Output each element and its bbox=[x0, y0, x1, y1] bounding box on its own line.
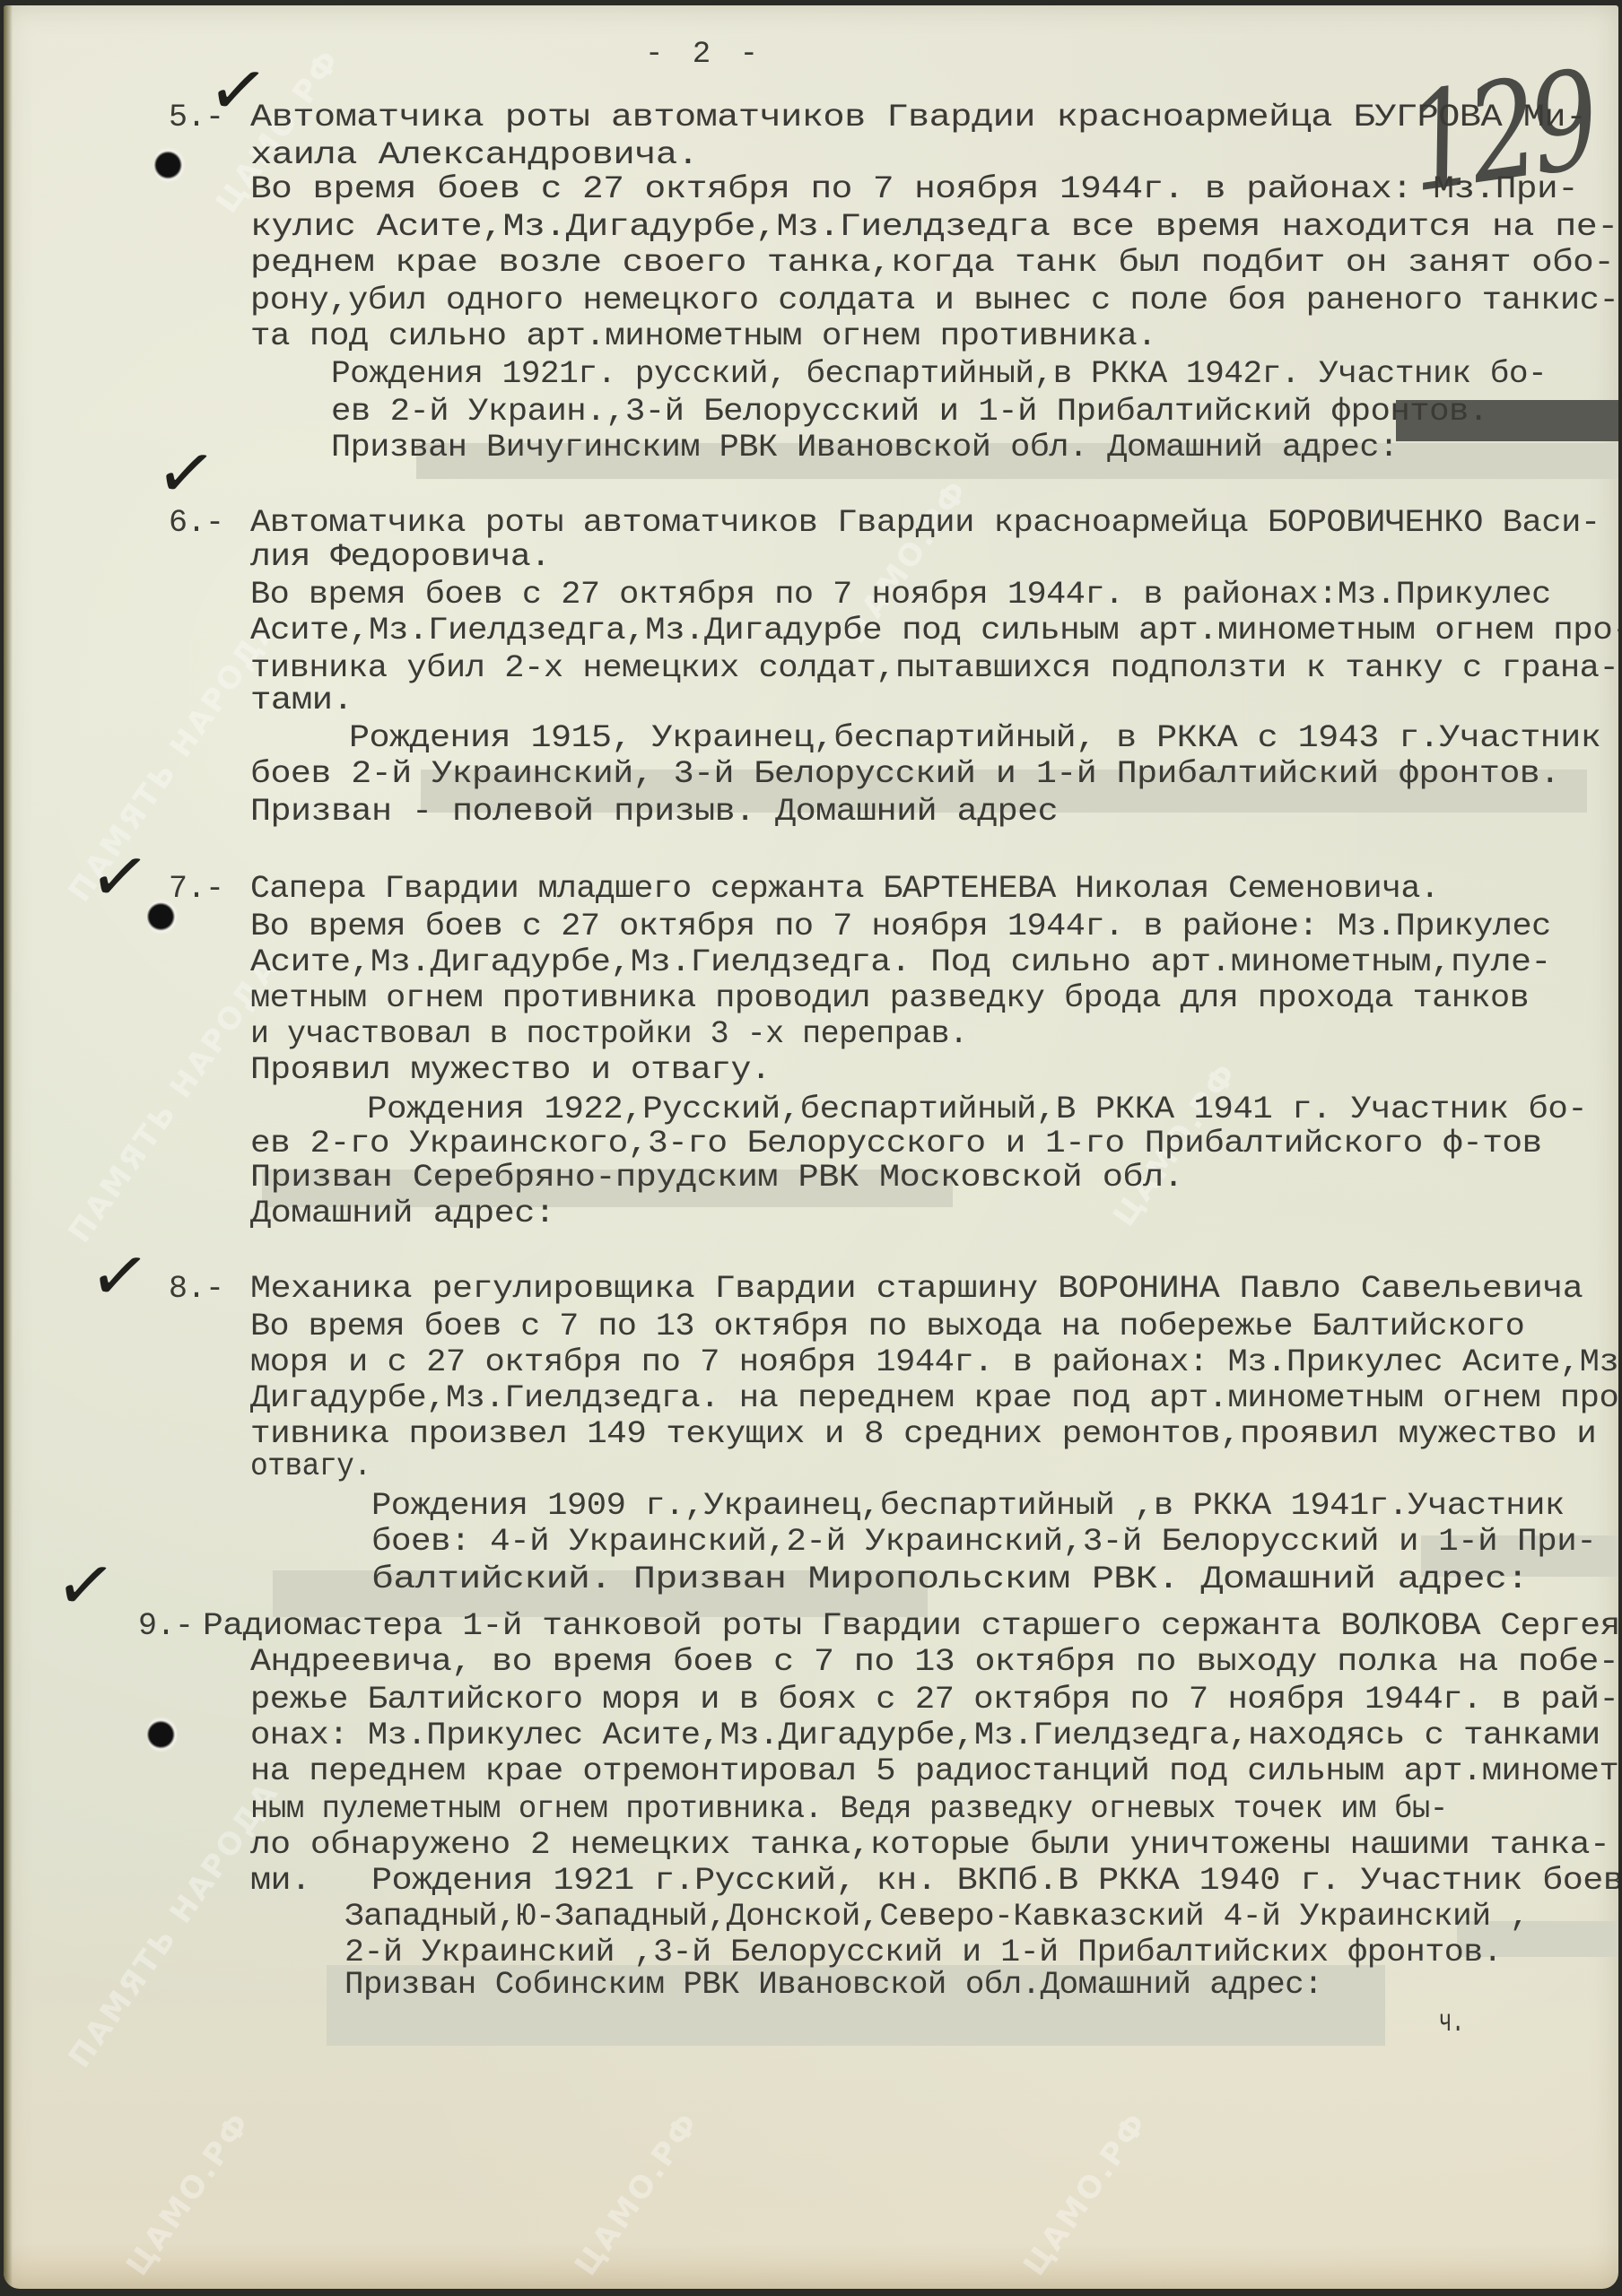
entry-text-line: та под сильно арт.минометным огнем проти… bbox=[250, 321, 1156, 352]
entry-text-line: Рождения 1909 г.,Украинец,беспартийный ,… bbox=[371, 1491, 1565, 1522]
entry-text-line: тивника убил 2-х немецких солдат,пытавши… bbox=[250, 653, 1618, 684]
entry-text-line: Во время боев с 27 октября по 7 ноября 1… bbox=[250, 174, 1578, 205]
entry-text-line: Во время боев с 27 октября по 7 ноября 1… bbox=[250, 911, 1551, 943]
entry-text-line: боев: 4-й Украинский,2-й Украинский,3-й … bbox=[371, 1526, 1596, 1558]
entry-text-line: 2-й Украинский ,3-й Белорусский и 1-й Пр… bbox=[344, 1937, 1502, 1969]
punch-hole bbox=[147, 1715, 178, 1754]
entry-number: 6.- bbox=[169, 508, 224, 539]
entry-text-line: Рождения 1921г. русский, беспартийный,в … bbox=[331, 359, 1547, 390]
entry-text-line: Домашний адрес: bbox=[250, 1198, 555, 1230]
entry-text-line: и участвовал в постройки 3 -х переправ. bbox=[250, 1019, 968, 1050]
entry-text-line: Во время боев с 27 октября по 7 ноября 1… bbox=[250, 579, 1551, 611]
entry-number: 7.- bbox=[169, 874, 224, 905]
entry-text-line: моря и с 27 октября по 7 ноября 1944г. в… bbox=[250, 1347, 1618, 1378]
check-mark-icon: ✓ bbox=[84, 1231, 155, 1321]
entry-text-line: Призван Серебряно-прудским РВК Московско… bbox=[250, 1162, 1183, 1194]
document-page: ЦАМО.РФ ПАМЯТЬ НАРОДА ЦАМО.РФ ПАМЯТЬ НАР… bbox=[4, 5, 1618, 2289]
entry-text-line: Автоматчика роты автоматчиков Гвардии кр… bbox=[250, 102, 1587, 134]
entry-text-line: Призван Вичугинским РВК Ивановской обл. … bbox=[331, 432, 1399, 464]
entry-text-line: боев 2-й Украинский, 3-й Белорусский и 1… bbox=[250, 759, 1560, 790]
entry-text-line: хаила Александровича. bbox=[250, 140, 699, 171]
entry-text-line: режье Балтийского моря и в боях с 27 окт… bbox=[250, 1684, 1618, 1716]
entry-text-line: Призван Собинским РВК Ивановской обл.Дом… bbox=[344, 1970, 1322, 2001]
entry-number: 8.- bbox=[169, 1274, 224, 1305]
entry-text-line: Асите,Мз.Дигадурбе,Мз.Гиелдзедга. Под си… bbox=[250, 947, 1551, 978]
entry-number: 9.- bbox=[138, 1611, 194, 1642]
entry-text-line: Рождения 1922,Русский,беспартийный,В РКК… bbox=[367, 1094, 1587, 1126]
entry-text-line: лия Федоровича. bbox=[250, 542, 551, 573]
punch-hole bbox=[154, 145, 185, 185]
check-mark-icon: ✓ bbox=[50, 1540, 121, 1631]
entry-text-line: тивника произвел 149 текущих и 8 средних… bbox=[250, 1419, 1596, 1450]
entry-text-line: балтийский. Призван Миропольским РВК. До… bbox=[371, 1564, 1529, 1596]
entry-text-line: рону,убил одного немецкого солдата и вын… bbox=[250, 285, 1618, 317]
entry-text-line: Западный,Ю-Западный,Донской,Северо-Кавка… bbox=[344, 1901, 1529, 1933]
entry-text-line: ев 2-й Украин.,3-й Белорусский и 1-й При… bbox=[331, 396, 1488, 428]
entry-text-line: Призван - полевой призыв. Домашний адрес bbox=[250, 796, 1058, 828]
entry-text-line: ев 2-го Украинского,3-го Белорусского и … bbox=[250, 1128, 1542, 1160]
entry-text-line: ным пулеметным огнем противника. Ведя ра… bbox=[250, 1794, 1448, 1825]
entry-text-line: метным огнем противника проводил разведк… bbox=[250, 983, 1529, 1014]
entry-text-line: ло обнаружено 2 немецких танка,которые б… bbox=[250, 1830, 1609, 1861]
entry-text-line: Автоматчика роты автоматчиков Гвардии кр… bbox=[250, 508, 1600, 539]
entry-text-line: Дигадурбе,Мз.Гиелдзедга. на переднем кра… bbox=[250, 1383, 1618, 1414]
check-mark-icon: ✓ bbox=[84, 831, 155, 922]
entry-text-line: Проявил мужество и отвагу. bbox=[250, 1055, 771, 1086]
entry-text-line: Во время боев с 7 по 13 октября по выход… bbox=[250, 1311, 1524, 1343]
entry-text-line: Рождения 1915, Украинец,беспартийный, в … bbox=[349, 723, 1600, 754]
entry-number: 5.- bbox=[169, 102, 224, 134]
watermark: ЦАМО.РФ bbox=[1016, 2105, 1155, 2283]
entry-text-line: реднем крае возле своего танка,когда тан… bbox=[250, 248, 1614, 279]
entry-text-line: тами. bbox=[250, 685, 353, 717]
entry-text-line: на переднем крае отремонтировал 5 радиос… bbox=[250, 1756, 1618, 1787]
watermark: ЦАМО.РФ bbox=[119, 2105, 258, 2283]
entry-text-line: Андреевича, во время боев с 7 по 13 октя… bbox=[250, 1647, 1618, 1678]
page-number: - 2 - bbox=[645, 38, 763, 72]
entry-text-line: Сапера Гвардии младшего сержанта БАРТЕНЕ… bbox=[250, 874, 1439, 905]
page-edge bbox=[4, 5, 13, 2289]
entry-text-line: Асите,Мз.Гиелдзедга,Мз.Дигадурбе под сил… bbox=[250, 615, 1618, 647]
entry-text-line: ч. bbox=[1439, 2007, 1464, 2039]
entry-text-line: Механика регулировщика Гвардии старшину … bbox=[250, 1274, 1583, 1305]
watermark: ЦАМО.РФ bbox=[568, 2105, 707, 2283]
entry-text-line: ми. Рождения 1921 г.Русский, кн. ВКПб.В … bbox=[250, 1865, 1618, 1897]
entry-text-line: отвагу. bbox=[250, 1451, 371, 1483]
entry-text-line: кулис Асите,Мз.Дигадурбе,Мз.Гиелдзедга в… bbox=[250, 212, 1618, 243]
entry-text-line: онах: Мз.Прикулес Асите,Мз.Дигадурбе,Мз.… bbox=[250, 1720, 1600, 1752]
entry-text-line: Радиомастера 1-й танковой роты Гвардии с… bbox=[203, 1611, 1618, 1642]
